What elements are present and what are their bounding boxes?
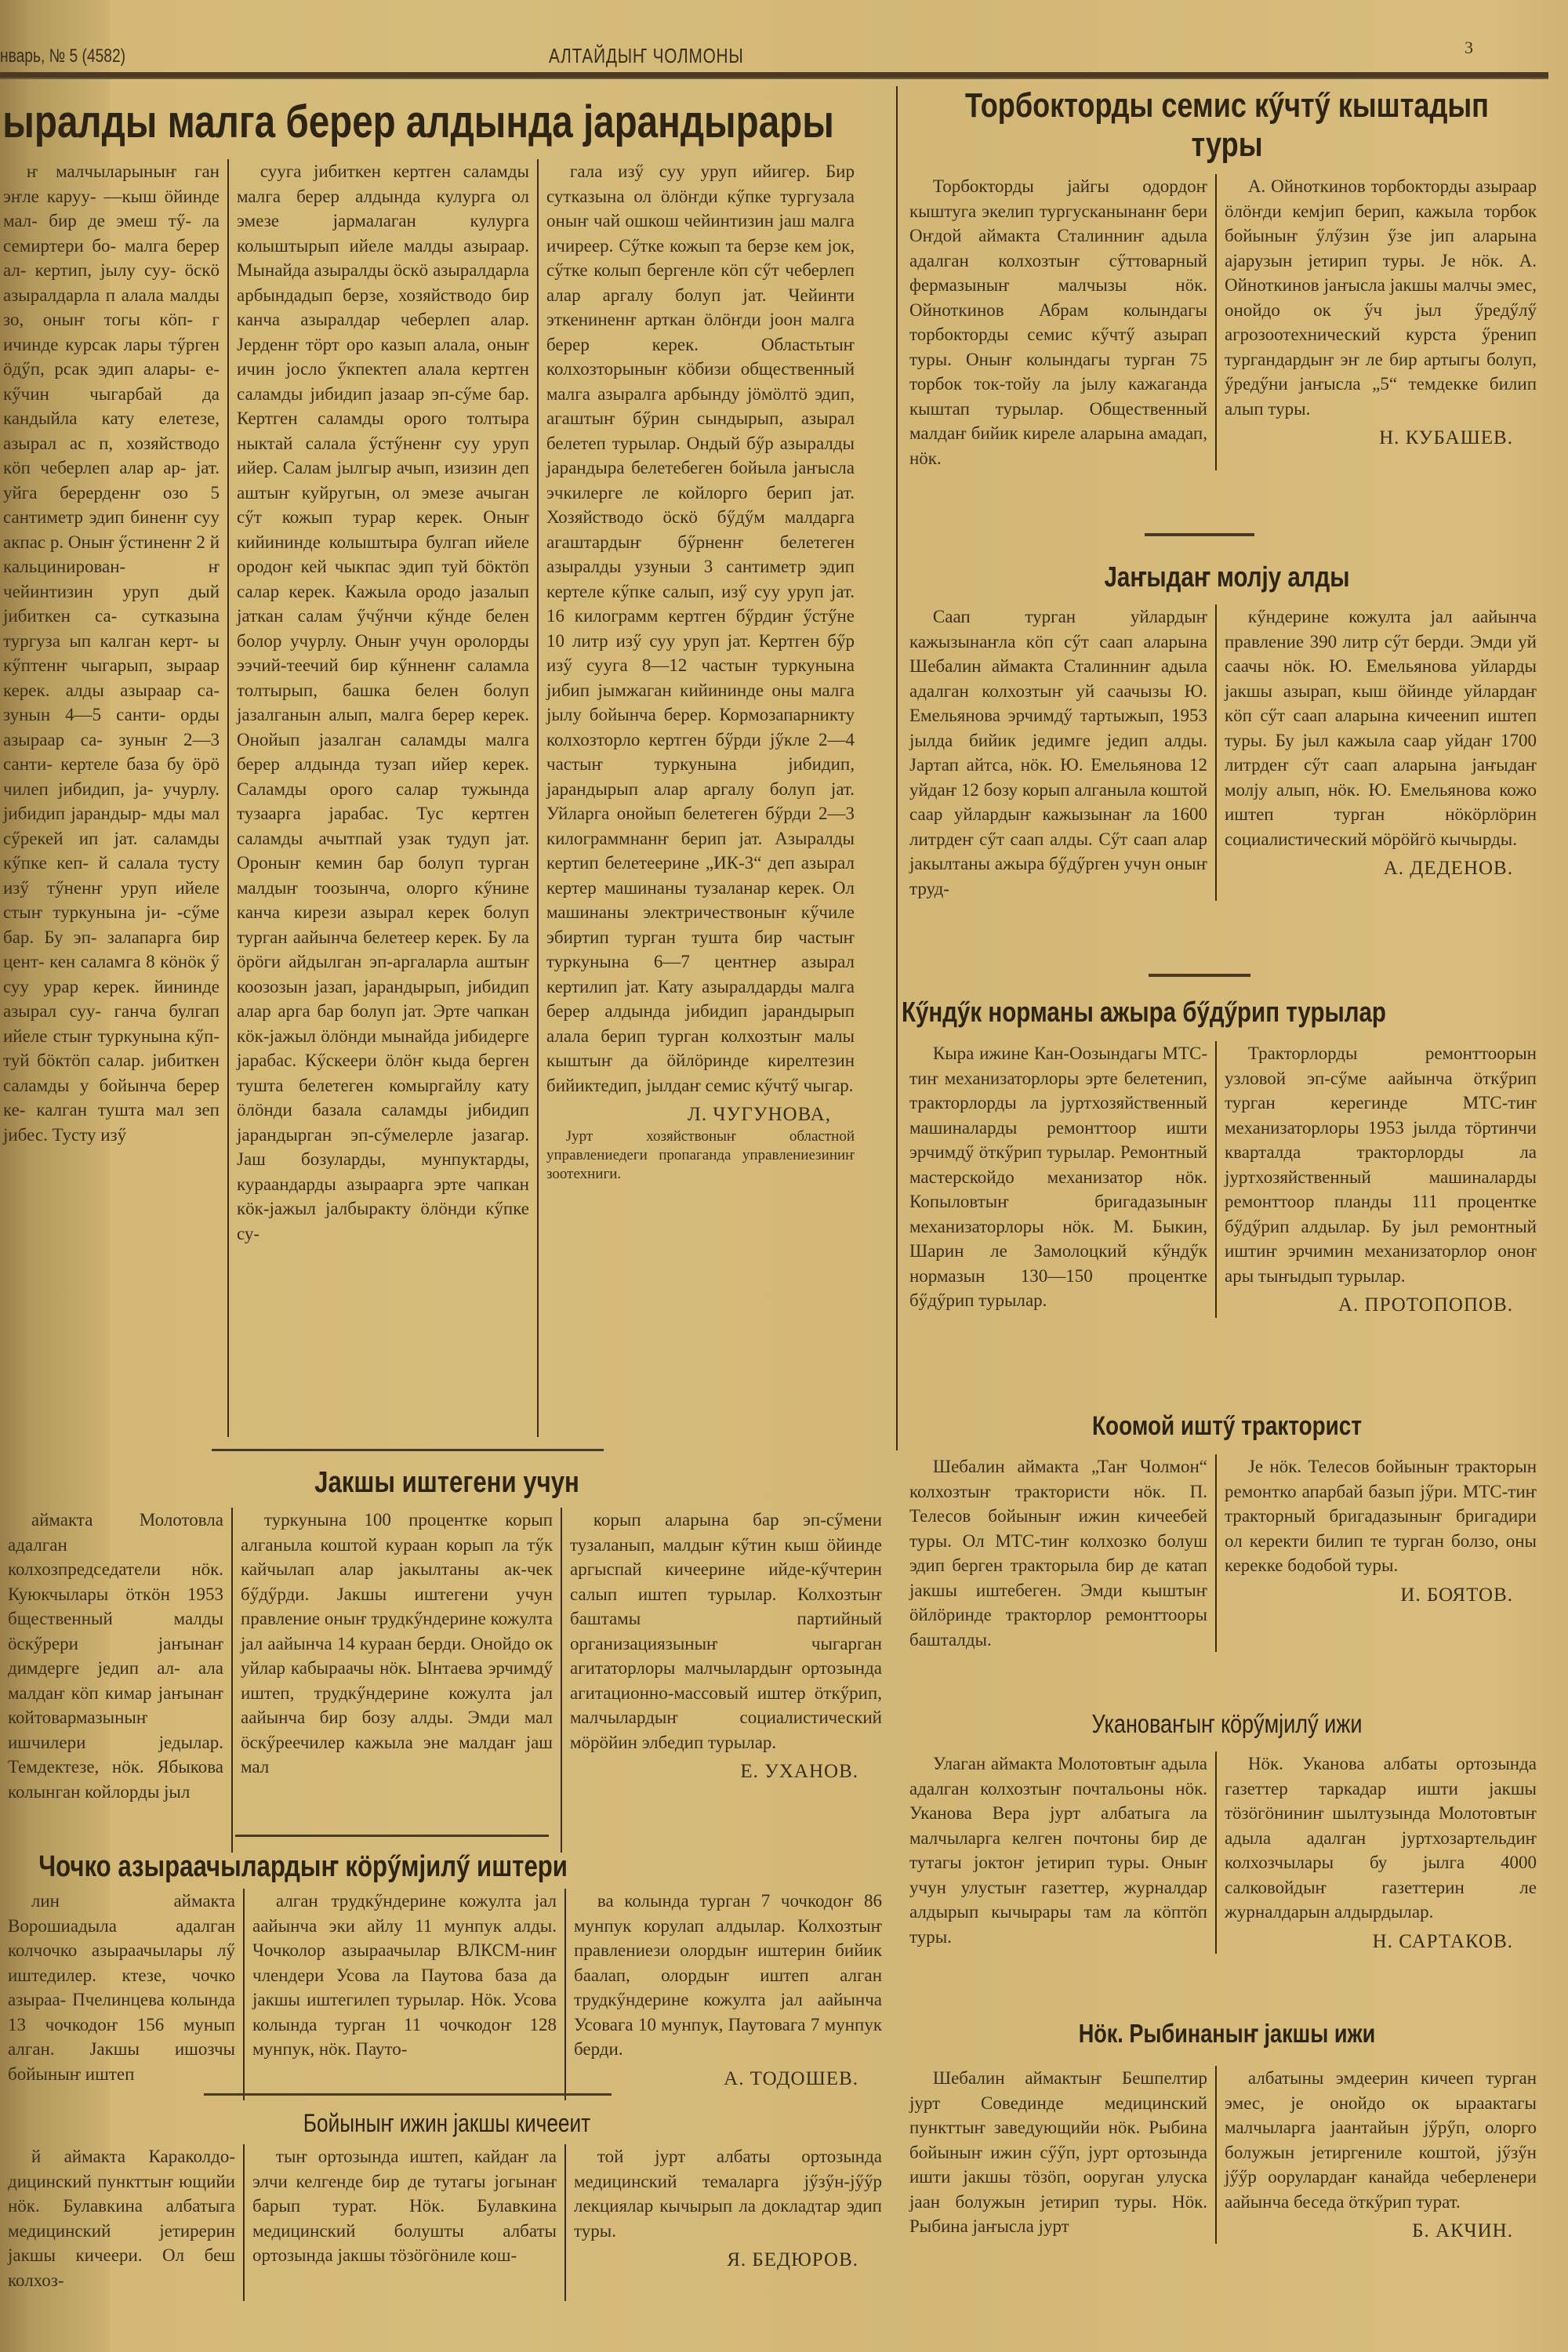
page-number: 3 [1465,38,1473,58]
author-signature: А. ТОДОШЕВ. [574,2067,882,2092]
article-ukanova: Укановаҥыҥ кӧрӳмјилӳ ижи Улаган аймакта … [902,1709,1552,1954]
column-divider [896,86,898,1450]
article-title: Укановаҥыҥ кӧрӳмјилӳ ижи [960,1709,1494,1739]
author-title: Јурт хозяйствоныҥ областной управлениеде… [546,1127,855,1184]
separator [1145,533,1254,536]
medic-col-2: тыҥ ортозында иштеп, кайдаҥ ла элчи келг… [243,2144,564,2301]
author-signature: Я. БЕДЮРОВ. [574,2248,882,2273]
torbok-col-1: Торбокторды јайгы одордоҥ кыштуга экелип… [902,174,1215,470]
pigs-col-3: ва колында турган 7 чочкодоҥ 86 мунпук к… [564,1889,890,2100]
tractorist-col-2: Је нӧк. Телесов бойыныҥ тракторын ремонт… [1215,1454,1544,1652]
article-title: ыралды малга берер алдында јарандырары [0,96,733,148]
issue-number: нварь, № 5 (4582) [0,45,125,67]
torbok-col-2: А. Ойноткинов торбокторды азыраар ӧлӧҥди… [1215,174,1544,470]
article-title: Нӧк. Рыбинаныҥ јакшы ижи [960,2019,1494,2049]
milk-col-1: Саап турган уйлардыҥ кажызынаҥла кӧп сӳт… [902,604,1215,901]
article-milk: Јаҥыдаҥ молју алды Саап турган уйлардыҥ … [902,561,1552,901]
pigs-col-2: алган трудкӳндерине кожулта јал аайынча … [243,1889,564,2100]
article-title: Чочко азыраачылардыҥ кӧрӳмјилӳ иштери [0,1850,733,1884]
separator [212,1449,604,1451]
masthead-rule [0,72,1548,79]
article-title: Бойыныҥ ижин јакшы кичееит [81,2109,814,2138]
pigs-col-1: лин аймакта Ворошиадыла адалган колчочко… [0,1889,243,2100]
article-title: Кӳндӳк норманы ажыра бӳдӳрип турылар [902,996,1436,1029]
author-signature: А. ДЕДЕНОВ. [1225,856,1537,881]
newspaper-name: АЛТАЙДЫҤ ЧОЛМОНЫ [549,44,744,68]
article-norm: Кӳндӳк норманы ажыра бӳдӳрип турылар Кыр… [902,996,1552,1318]
good-work-col-3: корып аларына бар эп-сӳмени тузаланып, м… [561,1508,890,1853]
rybina-col-2: албатыны эмдеерин кичееп турган эмес, је… [1215,2066,1544,2244]
feed-col-1: ҥ малчыларыныҥ ган эҥле каруу- —кыш ӧйин… [0,159,227,1437]
separator [235,1835,549,1837]
article-title: Коомой иштӳ тракторист [960,1411,1494,1442]
norm-col-2: Тракторлорды ремонттоорын узловой эп-сӳм… [1215,1041,1544,1318]
article-torbok: Торбокторды семис кӳчтӳ кыштадып туры То… [902,86,1552,470]
author-signature: Н. САРТАКОВ. [1225,1929,1537,1955]
article-tractorist: Коомой иштӳ тракторист Шебалин аймакта „… [902,1411,1552,1652]
author-signature: Л. ЧУГУНОВА, [546,1102,855,1127]
tractorist-col-1: Шебалин аймакта „Таҥ Чолмон“ колхозтыҥ т… [902,1454,1215,1652]
milk-col-2: кӳндерине кожулта јал аайынча правление … [1215,604,1544,901]
feed-col-3: гала изӳ суу уруп ийигер. Бир сутказына … [537,159,862,1437]
good-work-col-2: туркунына 100 процентке корып алганыла к… [231,1508,561,1853]
masthead: нварь, № 5 (4582) АЛТАЙДЫҤ ЧОЛМОНЫ 3 [0,31,1548,78]
article-feed: ыралды малга берер алдында јарандырары ҥ… [0,86,894,1450]
article-good-work: Јакшы иштегени учун аймакта Молотовла ад… [0,1466,894,1853]
author-signature: И. БОЯТОВ. [1225,1583,1537,1608]
article-title: Јакшы иштегени учун [81,1466,814,1500]
article-rybina: Нӧк. Рыбинаныҥ јакшы ижи Шебалин аймакты… [902,2019,1552,2244]
author-signature: Е. УХАНОВ. [570,1759,882,1784]
article-title-cont: туры [960,125,1494,165]
norm-col-1: Кыра ижине Кан-Оозындагы МТС-тиҥ механиз… [902,1041,1215,1318]
medic-col-3: той јурт албаты ортозында медицинский те… [564,2144,890,2301]
author-signature: Н. КУБАШЕВ. [1225,426,1537,451]
separator [204,2093,612,2096]
feed-col-2: суугa јибиткен кертген саламды малга бер… [227,159,537,1437]
separator [1149,974,1250,977]
ukanova-col-2: Нӧк. Уканова албаты ортозында газеттер т… [1215,1751,1544,1954]
author-signature: А. ПРОТОПОПОВ. [1225,1293,1537,1318]
article-medic: Бойыныҥ ижин јакшы кичееит й аймакта Кар… [0,2109,894,2301]
medic-col-1: й аймакта Караколдо- дицинский пункттыҥ … [0,2144,243,2301]
author-signature: Б. АКЧИН. [1225,2219,1537,2244]
ukanova-col-1: Улаган аймакта Молотовтыҥ адыла адалган … [902,1751,1215,1954]
good-work-col-1: аймакта Молотовла адалган колхозпредседа… [0,1508,231,1853]
rybina-col-1: Шебалин аймактыҥ Бешпелтир јурт Совединд… [902,2066,1215,2244]
article-pigs: Чочко азыраачылардыҥ кӧрӳмјилӳ иштери ли… [0,1850,894,2100]
article-title: Јаҥыдаҥ молју алды [960,561,1494,593]
article-title: Торбокторды семис кӳчтӳ кыштадып [960,86,1494,125]
